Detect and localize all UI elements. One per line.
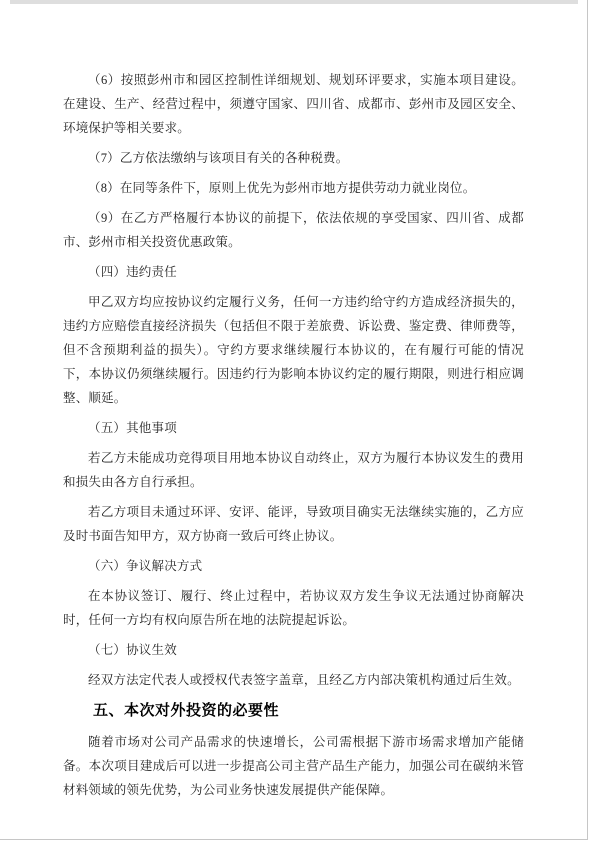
clause-paragraph-assessments: 若乙方项目未通过环评、安评、能评，导致项目确实无法继续实施的，乙方应及时书面告知…	[63, 500, 524, 548]
clause-paragraph-dispute: 在本协议签订、履行、终止过程中，若协议双方发生争议无法通过协商解决时，任何一方均…	[63, 584, 524, 632]
section-heading-investment-necessity: 五、本次对外投资的必要性	[63, 698, 524, 724]
clause-paragraph-9: （9）在乙方严格履行本协议的前提下，依法依规的享受国家、四川省、成都市、彭州市相…	[63, 206, 524, 254]
clause-paragraph-6: （6）按照彭州市和园区控制性详细规划、规划环评要求，实施本项目建设。在建设、生产…	[63, 68, 524, 140]
clause-paragraph-breach: 甲乙双方均应按协议约定履行义务，任何一方违约给守约方造成经济损失的，违约方应赔偿…	[63, 290, 524, 410]
clause-paragraph-7: （7）乙方依法缴纳与该项目有关的各种税费。	[63, 146, 524, 170]
section-subheading-effectiveness: （七）协议生效	[63, 638, 524, 662]
clause-paragraph-effectiveness: 经双方法定代表人或授权代表签字盖章，且经乙方内部决策机构通过后生效。	[63, 668, 524, 692]
document-content: （6）按照彭州市和园区控制性详细规划、规划环评要求，实施本项目建设。在建设、生产…	[63, 68, 524, 808]
clause-paragraph-necessity: 随着市场对公司产品需求的快速增长，公司需根据下游市场需求增加产能储备。本次项目建…	[63, 730, 524, 802]
section-subheading-dispute-resolution: （六）争议解决方式	[63, 554, 524, 578]
page-right-edge	[587, 0, 588, 840]
section-subheading-other-matters: （五）其他事项	[63, 416, 524, 440]
page-bottom-edge	[0, 839, 588, 840]
document-page: （6）按照彭州市和园区控制性详细规划、规划环评要求，实施本项目建设。在建设、生产…	[0, 0, 594, 845]
page-top-edge	[10, 0, 578, 4]
clause-paragraph-8: （8）在同等条件下，原则上优先为彭州市地方提供劳动力就业岗位。	[63, 176, 524, 200]
clause-paragraph-land-bid: 若乙方未能成功竞得项目用地本协议自动终止，双方为履行本协议发生的费用和损失由各方…	[63, 446, 524, 494]
section-subheading-breach-liability: （四）违约责任	[63, 260, 524, 284]
